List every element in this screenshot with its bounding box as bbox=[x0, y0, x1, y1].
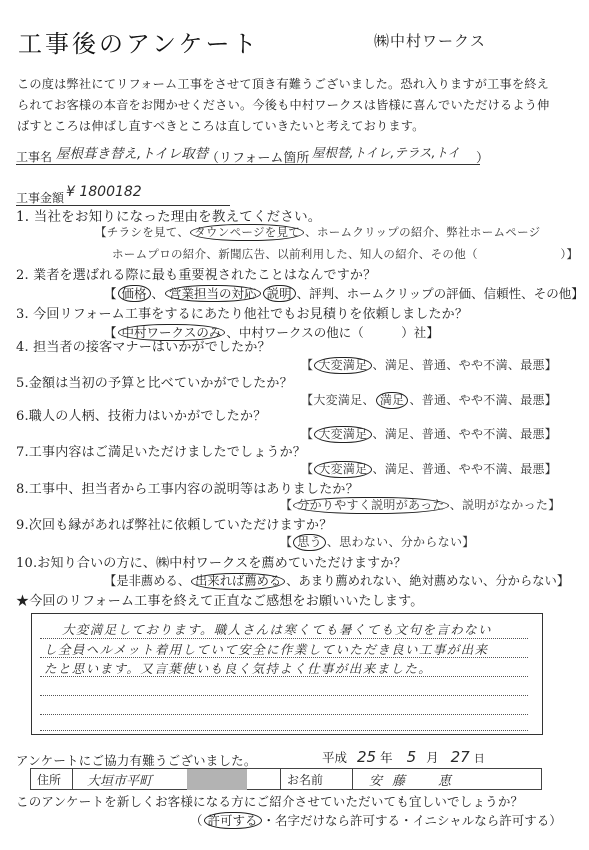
option[interactable]: やや不満 bbox=[459, 393, 508, 407]
option[interactable]: 最悪 bbox=[520, 393, 545, 407]
consent-options: （許可する・名字だけなら許可する・イニシャルなら許可する） bbox=[190, 811, 562, 829]
option[interactable]: 普通 bbox=[422, 462, 447, 476]
question-2: 2. 業者を選ばれる際に最も重要視されたことはなんですか？ bbox=[16, 264, 376, 283]
option[interactable]: 分からない bbox=[401, 535, 463, 549]
redacted-block bbox=[187, 769, 247, 790]
option[interactable]: 満足 bbox=[385, 462, 410, 476]
comment-line: 大変満足しております。職人さんは寒くても暑くても文句を言わない bbox=[62, 620, 492, 638]
date-year-unit: 年 bbox=[380, 750, 393, 765]
question-1-options-line2: ホームプロの紹介、新聞広告、以前利用した、知人の紹介、その他（ ）】 bbox=[112, 246, 578, 262]
date-day: 27 bbox=[451, 748, 470, 766]
question-1: 1. 当社をお知りになった理由を教えてください。 bbox=[16, 205, 321, 225]
amount-label: 工事金額 bbox=[16, 189, 64, 206]
question-5-options: 【大変満足、満足、普通、やや不満、最悪】 bbox=[301, 391, 557, 409]
option[interactable]: 信頼性 bbox=[484, 286, 522, 301]
name-label: お名前 bbox=[281, 769, 353, 789]
option[interactable]: あまり薦めれない bbox=[299, 574, 397, 588]
address-label: 住所 bbox=[31, 769, 73, 789]
option-selected[interactable]: 満足 bbox=[376, 392, 409, 409]
option[interactable]: 普通 bbox=[422, 393, 447, 407]
option[interactable]: 最悪 bbox=[520, 427, 545, 441]
option-selected[interactable]: 思う bbox=[293, 534, 326, 551]
address-value: 大垣市平町 bbox=[87, 770, 187, 789]
option[interactable]: 是非薦める bbox=[116, 574, 178, 588]
date-era: 平成 bbox=[322, 750, 347, 765]
question-6-options: 【大変満足、満足、普通、やや不満、最悪】 bbox=[301, 425, 557, 443]
question-4-options: 【大変満足、満足、普通、やや不満、最悪】 bbox=[301, 356, 557, 374]
intro-line: この度は弊社にてリフォーム工事をさせて頂き有難うございました。恐れ入りますが工事… bbox=[17, 74, 577, 95]
option[interactable]: 大変満足 bbox=[313, 393, 362, 407]
option-selected[interactable]: タウンページを見て bbox=[190, 224, 304, 241]
option-selected[interactable]: 営業担当の対応 bbox=[165, 285, 261, 302]
option-selected[interactable]: 分かりやすく説明があった bbox=[293, 497, 448, 514]
question-9-options: 【思う、思わない、分からない】 bbox=[280, 533, 475, 551]
option[interactable]: ホームクリップの評価 bbox=[347, 286, 472, 301]
option[interactable]: 思わない bbox=[339, 535, 388, 549]
option-selected[interactable]: 価格 bbox=[118, 285, 151, 302]
location-value: 屋根替,トイレ,テラス,トイ bbox=[312, 143, 460, 161]
intro-line: られてお客様の本音をお聞かせください。今後も中村ワークスは皆様に喜んでいただける… bbox=[17, 95, 577, 116]
amount-value: ¥ 1800182 bbox=[66, 184, 142, 200]
date-year: 25 bbox=[357, 748, 376, 766]
consent-question: このアンケートを新しくお客様になる方にご紹介させていただいても宜しいでしょうか？ bbox=[16, 792, 523, 810]
question-2-options: 【価格、営業担当の対応説明、評判、ホームクリップの評価、信頼性、その他】 bbox=[104, 284, 584, 302]
dotted-rule bbox=[40, 730, 528, 731]
option[interactable]: 分からない bbox=[495, 574, 557, 588]
consent-selected[interactable]: 許可する bbox=[204, 812, 262, 829]
project-name-label: 工事名 bbox=[16, 148, 52, 165]
option[interactable]: 最悪 bbox=[520, 358, 545, 372]
option[interactable]: 満足 bbox=[385, 427, 410, 441]
date-month: 5 bbox=[407, 748, 417, 766]
question-7-options: 【大変満足、満足、普通、やや不満、最悪】 bbox=[301, 460, 557, 478]
option[interactable]: 説明がなかった bbox=[462, 498, 548, 512]
date-day-unit: 日 bbox=[474, 752, 485, 765]
option[interactable]: 満足 bbox=[385, 358, 410, 372]
question-1-options: 【チラシを見て、タウンページを見て、ホームクリップの紹介、弊社ホームページ bbox=[95, 224, 540, 241]
option[interactable]: やや不満 bbox=[459, 358, 508, 372]
option-selected[interactable]: 大変満足 bbox=[314, 357, 371, 374]
option-selected[interactable]: 説明 bbox=[263, 285, 296, 302]
survey-date: 平成 25 年 5 月 27 日 bbox=[322, 748, 485, 766]
project-name-field[interactable]: 工事名 屋根葺き替え,トイレ取替 （リフォーム箇所 屋根替,トイレ,テラス,トイ… bbox=[16, 140, 480, 165]
company-name: ㈱中村ワークス bbox=[374, 30, 486, 51]
location-close: ） bbox=[476, 147, 489, 166]
date-month-unit: 月 bbox=[426, 750, 439, 765]
option[interactable]: やや不満 bbox=[459, 462, 508, 476]
question-8-options: 【分かりやすく説明があった、説明がなかった】 bbox=[280, 496, 561, 514]
question-6: 6.職人の人柄、技術力はいかがでしたか？ bbox=[16, 405, 266, 424]
comment-line: し全員ヘルメット着用していて安全に作業していただき良い工事が出来 bbox=[44, 640, 488, 658]
option[interactable]: 普通 bbox=[422, 358, 447, 372]
option[interactable]: 評判 bbox=[309, 286, 334, 301]
dotted-rule bbox=[40, 638, 528, 639]
intro-line: ばすところは伸ばし直すべきところは直していきたいと考えております。 bbox=[17, 116, 577, 137]
question-7: 7.工事内容はご満足いただけましたでしょうか？ bbox=[16, 441, 306, 460]
name-value: 安藤 恵 bbox=[369, 770, 461, 789]
option-selected[interactable]: 大変満足 bbox=[314, 426, 371, 443]
question-3: 3. 今回リフォーム工事をするにあたり他社でもお見積りを依頼しましたか？ bbox=[16, 303, 468, 322]
comments-prompt: ★今回のリフォーム工事を終えて正直なご感想をお願いいたします。 bbox=[16, 590, 424, 609]
intro-text: この度は弊社にてリフォーム工事をさせて頂き有難うございました。恐れ入りますが工事… bbox=[17, 74, 577, 137]
comment-line: たと思います。又言葉使いも良く気持よく仕事が出来ました。 bbox=[44, 659, 432, 677]
option[interactable]: 普通 bbox=[422, 427, 447, 441]
option[interactable]: その他 bbox=[534, 286, 572, 301]
option[interactable]: 絶対薦めない bbox=[409, 574, 483, 588]
question-10-options: 【是非薦める、出来れば薦める、あまり薦めれない、絶対薦めない、分からない】 bbox=[104, 571, 569, 590]
consent-option[interactable]: 名字だけなら許可する・イニシャルなら許可する） bbox=[275, 813, 562, 828]
question-8: 8.工事中、担当者から工事内容の説明等はありましたか？ bbox=[16, 478, 359, 497]
question-9: 9.次回も縁があれば弊社に依頼していただけますか？ bbox=[16, 514, 332, 533]
page-title: 工事後のアンケート bbox=[18, 24, 260, 59]
option-selected[interactable]: 大変満足 bbox=[314, 461, 371, 478]
address-field[interactable]: 大垣市平町 bbox=[73, 769, 281, 789]
question-5: 5.金額は当初の予算と比べていかがでしたか？ bbox=[16, 372, 293, 391]
thanks-text: アンケートにご協力有難うございました。 bbox=[16, 751, 257, 769]
question-4: 4. 担当者の接客マナーはいかがでしたか？ bbox=[16, 336, 271, 355]
project-name-value: 屋根葺き替え,トイレ取替 bbox=[56, 142, 208, 162]
dotted-rule bbox=[40, 714, 528, 715]
comments-textarea[interactable]: 大変満足しております。職人さんは寒くても暑くても文句を言わない し全員ヘルメット… bbox=[31, 613, 543, 735]
name-field[interactable]: 安藤 恵 bbox=[353, 769, 541, 789]
option: 、ホームクリップの紹介、弊社ホームページ bbox=[305, 225, 540, 239]
option[interactable]: やや不満 bbox=[459, 427, 508, 441]
option[interactable]: 最悪 bbox=[520, 462, 545, 476]
question-10: 10.お知り合いの方に、㈱中村ワークスを薦めていただけますか？ bbox=[16, 552, 407, 571]
customer-info-table: 住所 大垣市平町 お名前 安藤 恵 bbox=[30, 768, 542, 790]
option-selected[interactable]: 出来れば薦める bbox=[191, 573, 285, 590]
amount-field[interactable]: 工事金額 ¥ 1800182 bbox=[16, 183, 230, 206]
option: 【チラシを見て、 bbox=[95, 225, 189, 239]
dotted-rule bbox=[40, 695, 528, 696]
location-label: （リフォーム箇所 bbox=[206, 147, 309, 166]
